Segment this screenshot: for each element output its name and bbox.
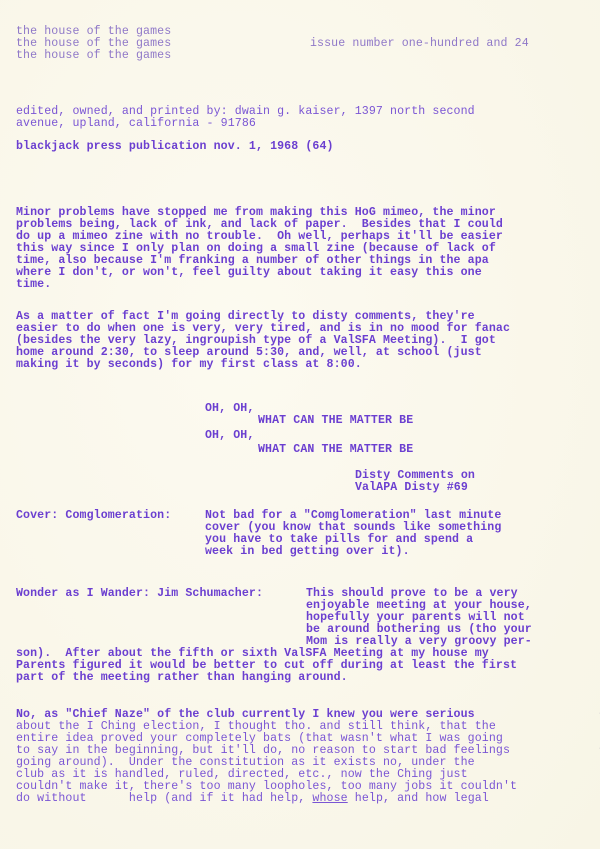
text-line: where I don't, or won't, feel guilty abo… (16, 267, 482, 279)
section-heading-line-2: ValAPA Disty #69 (355, 482, 468, 494)
comment-label: Wonder as I Wander: Jim Schumacher: (16, 588, 263, 600)
text-segment: help, and how legal (348, 792, 489, 805)
watermark: mycomicshop (568, 620, 600, 849)
colophon-line-2: avenue, upland, california - 91786 (16, 118, 256, 130)
text-line: making it by seconds) for my first class… (16, 359, 362, 371)
issue-number: issue number one-hundred and 24 (310, 38, 529, 50)
text-segment: do without help (and if it had help, (16, 792, 312, 805)
underlined-word: whose (312, 792, 347, 805)
publication-line: blackjack press publication nov. 1, 1968… (16, 141, 334, 153)
masthead-title-3: the house of the games (16, 50, 171, 62)
song-line: WHAT CAN THE MATTER BE (258, 415, 413, 427)
text-line: week in bed getting over it). (205, 546, 410, 558)
song-line: WHAT CAN THE MATTER BE (258, 444, 413, 456)
text-line-last: do without help (and if it had help, who… (16, 793, 489, 805)
text-line: time. (16, 279, 51, 291)
watermark-text: mycomicshop (596, 668, 600, 848)
typewritten-page: the house of the games the house of the … (0, 0, 600, 849)
song-line: OH, OH, (205, 430, 254, 442)
song-line: OH, OH, (205, 403, 254, 415)
comment-label: Cover: Comglomeration: (16, 510, 171, 522)
text-line: part of the meeting rather than hanging … (16, 672, 348, 684)
